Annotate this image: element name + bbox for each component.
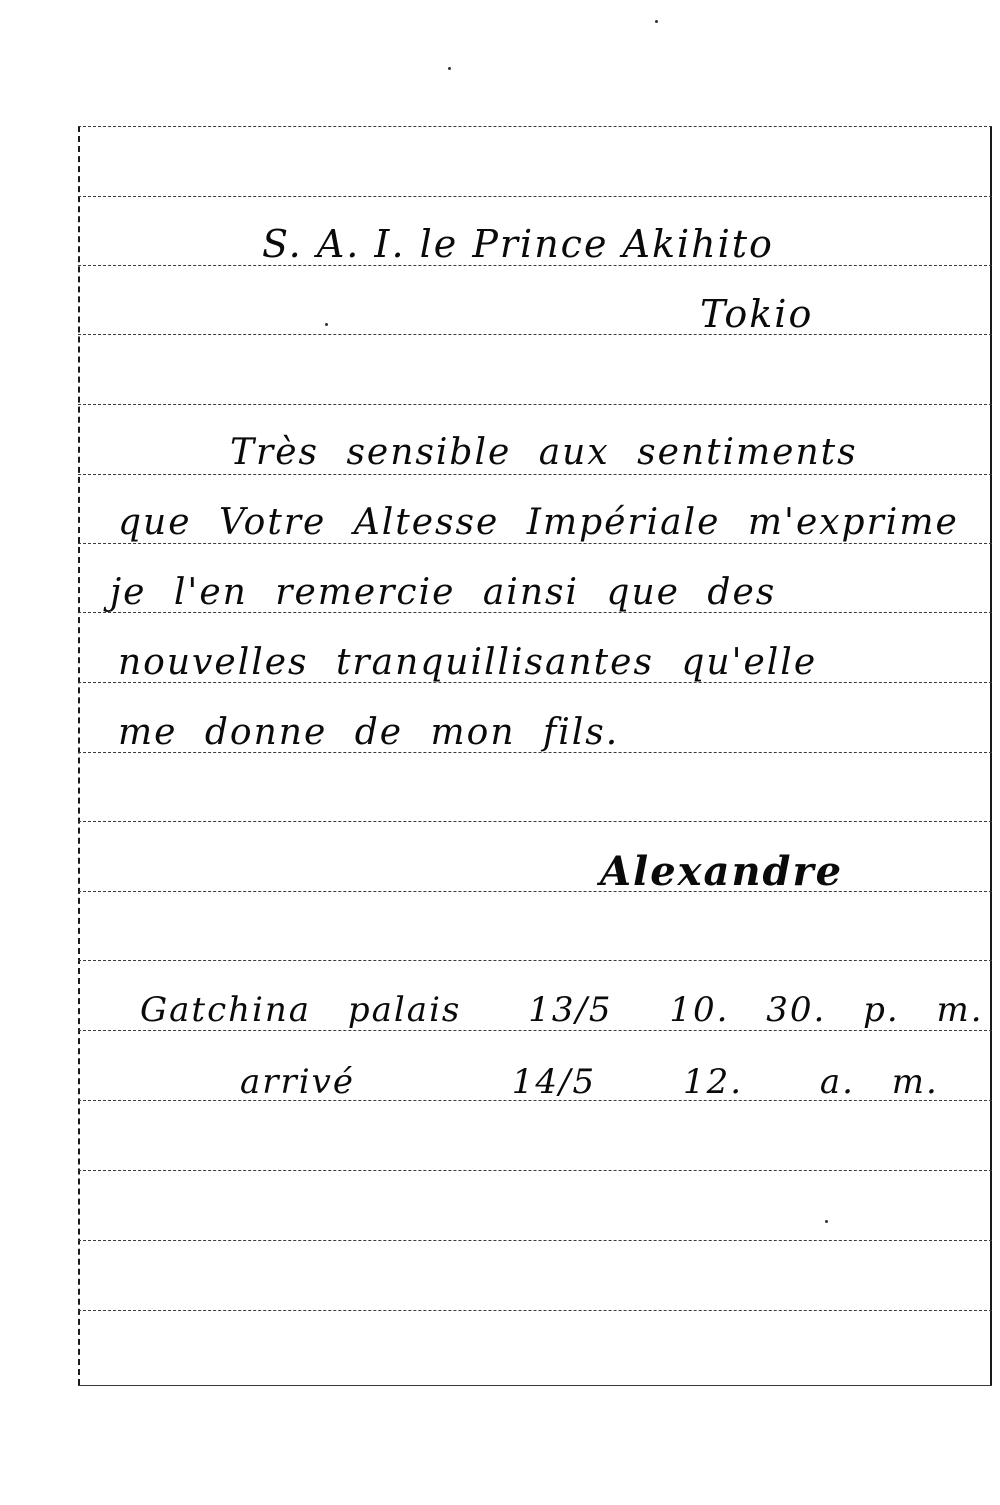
ruled-line-bottom — [78, 1385, 992, 1386]
ruled-line — [78, 196, 992, 197]
ruled-line — [78, 1170, 992, 1171]
sent-place: Gatchina palais — [140, 990, 461, 1030]
arrived-meridiem: a. m. — [820, 1062, 939, 1102]
page-frame — [78, 126, 992, 1385]
addressee-city: Tokio — [700, 292, 813, 336]
sent-date: 13/5 — [528, 990, 612, 1030]
body-line-5: me donne de mon fils. — [118, 712, 619, 753]
scan-speck — [448, 67, 451, 70]
addressee-line-1: S. A. I. le Prince Akihito — [262, 222, 774, 266]
ruled-line — [78, 404, 992, 405]
ruled-line — [78, 543, 992, 544]
ruled-line — [78, 474, 992, 475]
ruled-line — [78, 821, 992, 822]
scan-speck — [325, 323, 328, 326]
signature: Alexandre — [600, 848, 843, 895]
ruled-line — [78, 1030, 992, 1031]
scan-speck — [825, 1220, 828, 1223]
body-line-2: que Votre Altesse Impériale m'exprime — [118, 502, 959, 543]
arrived-label: arrivé — [240, 1062, 355, 1102]
body-line-3: je l'en remercie ainsi que des — [110, 572, 776, 613]
body-line-4: nouvelles tranquillisantes qu'elle — [118, 642, 817, 683]
ruled-line — [78, 960, 992, 961]
arrived-time: 12. — [683, 1062, 743, 1102]
body-line-1: Très sensible aux sentiments — [230, 432, 858, 473]
ruled-line — [78, 126, 992, 127]
ruled-line — [78, 891, 992, 892]
dispatch-sent-line: Gatchina palais 13/5 10. 30. p. m. — [140, 990, 984, 1030]
ruled-line — [78, 334, 992, 335]
scan-speck — [655, 20, 658, 23]
ruled-line — [78, 1240, 992, 1241]
ruled-line — [78, 1310, 992, 1311]
dispatch-arrived-line: arrivé 14/5 12. a. m. — [240, 1062, 939, 1102]
sent-time: 10. 30. p. m. — [669, 990, 983, 1030]
arrived-date: 14/5 — [512, 1062, 596, 1102]
letter-page: S. A. I. le Prince Akihito Tokio Très se… — [0, 0, 1000, 1505]
